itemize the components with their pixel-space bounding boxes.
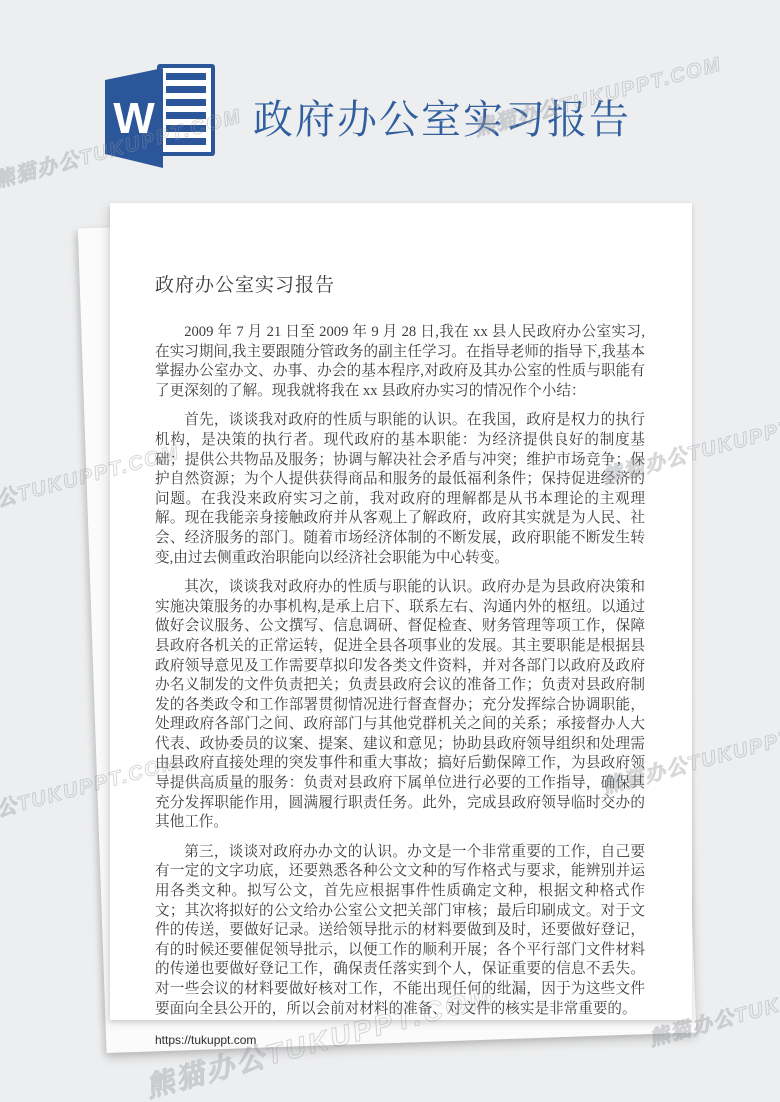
paragraph-third: 第三，谈谈对政府办办文的认识。办文是一个非常重要的工作，自己要有一定的文字功底，… — [155, 843, 645, 1019]
page-title: 政府办公室实习报告 — [253, 88, 631, 145]
paragraph-second: 其次，谈谈我对政府办的性质与职能的认识。政府办是为县政府决策和实施决策服务的办事… — [155, 578, 645, 833]
document-page: 政府办公室实习报告 2009 年 7 月 21 日至 2009 年 9 月 28… — [110, 203, 692, 1020]
word-icon-letter: W — [113, 94, 155, 143]
header: W 政府办公室实习报告 — [97, 62, 631, 170]
footer-url: https://tukuppt.com — [155, 1033, 645, 1047]
document-title: 政府办公室实习报告 — [155, 273, 645, 299]
paragraph-first: 首先，谈谈我对政府的性质与职能的认识。在我国，政府是权力的执行机构，是决策的执行… — [155, 411, 645, 568]
word-icon: W — [97, 62, 219, 170]
paragraph-intro: 2009 年 7 月 21 日至 2009 年 9 月 28 日,我在 xx 县… — [155, 323, 645, 401]
